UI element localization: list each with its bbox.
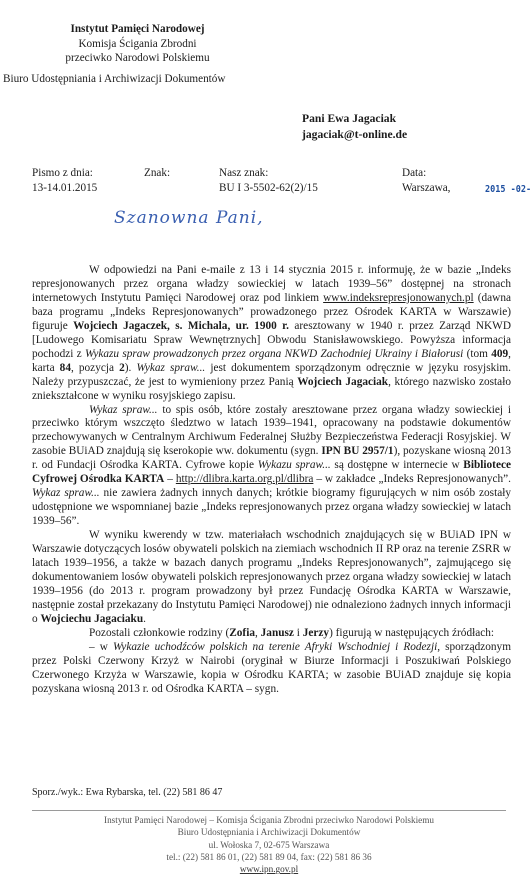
recipient-block: Pani Ewa Jagaciak jagaciak@t-online.de — [302, 111, 407, 143]
italic-title: Wykazu spraw prowadzonych przez organa N… — [85, 348, 463, 360]
text: i — [294, 627, 303, 639]
footer: Instytut Pamięci Narodowej – Komisja Ści… — [32, 814, 506, 875]
bureau-name: Biuro Udostępniania i Archiwizacji Dokum… — [3, 73, 225, 85]
institution-name: Instytut Pamięci Narodowej — [0, 22, 275, 37]
meta-pismo: Pismo z dnia: 13-14.01.2015 — [32, 166, 97, 196]
data-value: Warszawa, — [402, 181, 450, 196]
meta-nasz-znak: Nasz znak: BU I 3-5502-62(2)/15 — [219, 166, 318, 196]
handwritten-salutation: Szanowna Pani, — [114, 208, 264, 228]
italic-title: Wykaz spraw... — [136, 362, 205, 374]
bold-name: Wojciech Jagaczek, s. Michala, ur. 1900 … — [73, 320, 289, 332]
paragraph-4: Pozostali członkowie rodziny (Zofia, Jan… — [32, 627, 511, 641]
italic-title: Wykazie uchodźców polskich na terenie Af… — [113, 641, 437, 653]
bold-name: Jerzy — [303, 627, 329, 639]
commission-line-2: przeciwko Narodowi Polskiemu — [0, 51, 275, 66]
italic-title: Wykaz spraw... — [32, 487, 100, 499]
text: Pozostali członkowie rodziny ( — [89, 627, 229, 639]
footer-line-2: Biuro Udostępniania i Archiwizacji Dokum… — [32, 826, 506, 838]
text: – w zakładce „Indeks Represjonowanych”. — [313, 473, 511, 485]
prepared-by: Sporz./wyk.: Ewa Rybarska, tel. (22) 581… — [32, 787, 222, 798]
pismo-label: Pismo z dnia: — [32, 166, 97, 181]
text: – — [164, 473, 176, 485]
data-label: Data: — [402, 166, 450, 181]
bold-name: Janusz — [261, 627, 294, 639]
italic-title: Wykazu spraw... — [258, 459, 331, 471]
text: są dostępne w internecie w — [331, 459, 464, 471]
text: (tom — [463, 348, 491, 360]
link-indeks[interactable]: www.indeksrepresjonowanych.pl — [323, 292, 473, 304]
date-stamp: 2015 -02- — [485, 184, 531, 195]
paragraph-1: W odpowiedzi na Pani e-maile z 13 i 14 s… — [32, 264, 511, 404]
footer-website-link[interactable]: www.ipn.gov.pl — [32, 863, 506, 875]
bold-number: 84 — [60, 362, 71, 374]
text: nie zawiera żadnych innych danych; krótk… — [32, 487, 511, 527]
bold-name: Wojciech Jagaciak — [297, 376, 388, 388]
institution-header: Instytut Pamięci Narodowej Komisja Ściga… — [0, 22, 275, 66]
footer-line-1: Instytut Pamięci Narodowej – Komisja Ści… — [32, 814, 506, 826]
bold-signature: IPN BU 2957/1 — [321, 445, 393, 457]
text: . — [143, 613, 146, 625]
paragraph-5: – w Wykazie uchodźców polskich na tereni… — [32, 641, 511, 697]
nasz-znak-value: BU I 3-5502-62(2)/15 — [219, 181, 318, 196]
pismo-value: 13-14.01.2015 — [32, 181, 97, 196]
znak-label: Znak: — [144, 166, 170, 181]
footer-line-3: ul. Wołoska 7, 02-675 Warszawa — [32, 839, 506, 851]
bold-number: 409 — [491, 348, 508, 360]
recipient-name: Pani Ewa Jagaciak — [302, 111, 407, 127]
bold-name: Wojciechu Jagaciaku — [40, 613, 143, 625]
text: – w — [89, 641, 113, 653]
commission-line-1: Komisja Ścigania Zbrodni — [0, 37, 275, 52]
bold-name: Zofia — [229, 627, 255, 639]
meta-znak: Znak: — [144, 166, 170, 181]
italic-title: Wykaz spraw... — [89, 404, 158, 416]
text: W wyniku kwerendy w tzw. materiałach wsc… — [32, 529, 511, 625]
letter-page: Instytut Pamięci Narodowej Komisja Ściga… — [0, 0, 532, 877]
text: ). — [125, 362, 137, 374]
recipient-email: jagaciak@t-online.de — [302, 127, 407, 143]
link-dlibra[interactable]: http://dlibra.karta.org.pl/dlibra — [176, 473, 314, 485]
footer-divider — [32, 810, 506, 811]
text: ) figurują w następujących źródłach: — [329, 627, 494, 639]
letter-body: W odpowiedzi na Pani e-maile z 13 i 14 s… — [32, 264, 511, 697]
nasz-znak-label: Nasz znak: — [219, 166, 318, 181]
meta-data: Data: Warszawa, — [402, 166, 450, 196]
text: , pozycja — [71, 362, 119, 374]
paragraph-2: Wykaz spraw... to spis osób, które zosta… — [32, 404, 511, 530]
footer-line-4: tel.: (22) 581 86 01, (22) 581 89 04, fa… — [32, 851, 506, 863]
paragraph-3: W wyniku kwerendy w tzw. materiałach wsc… — [32, 529, 511, 627]
